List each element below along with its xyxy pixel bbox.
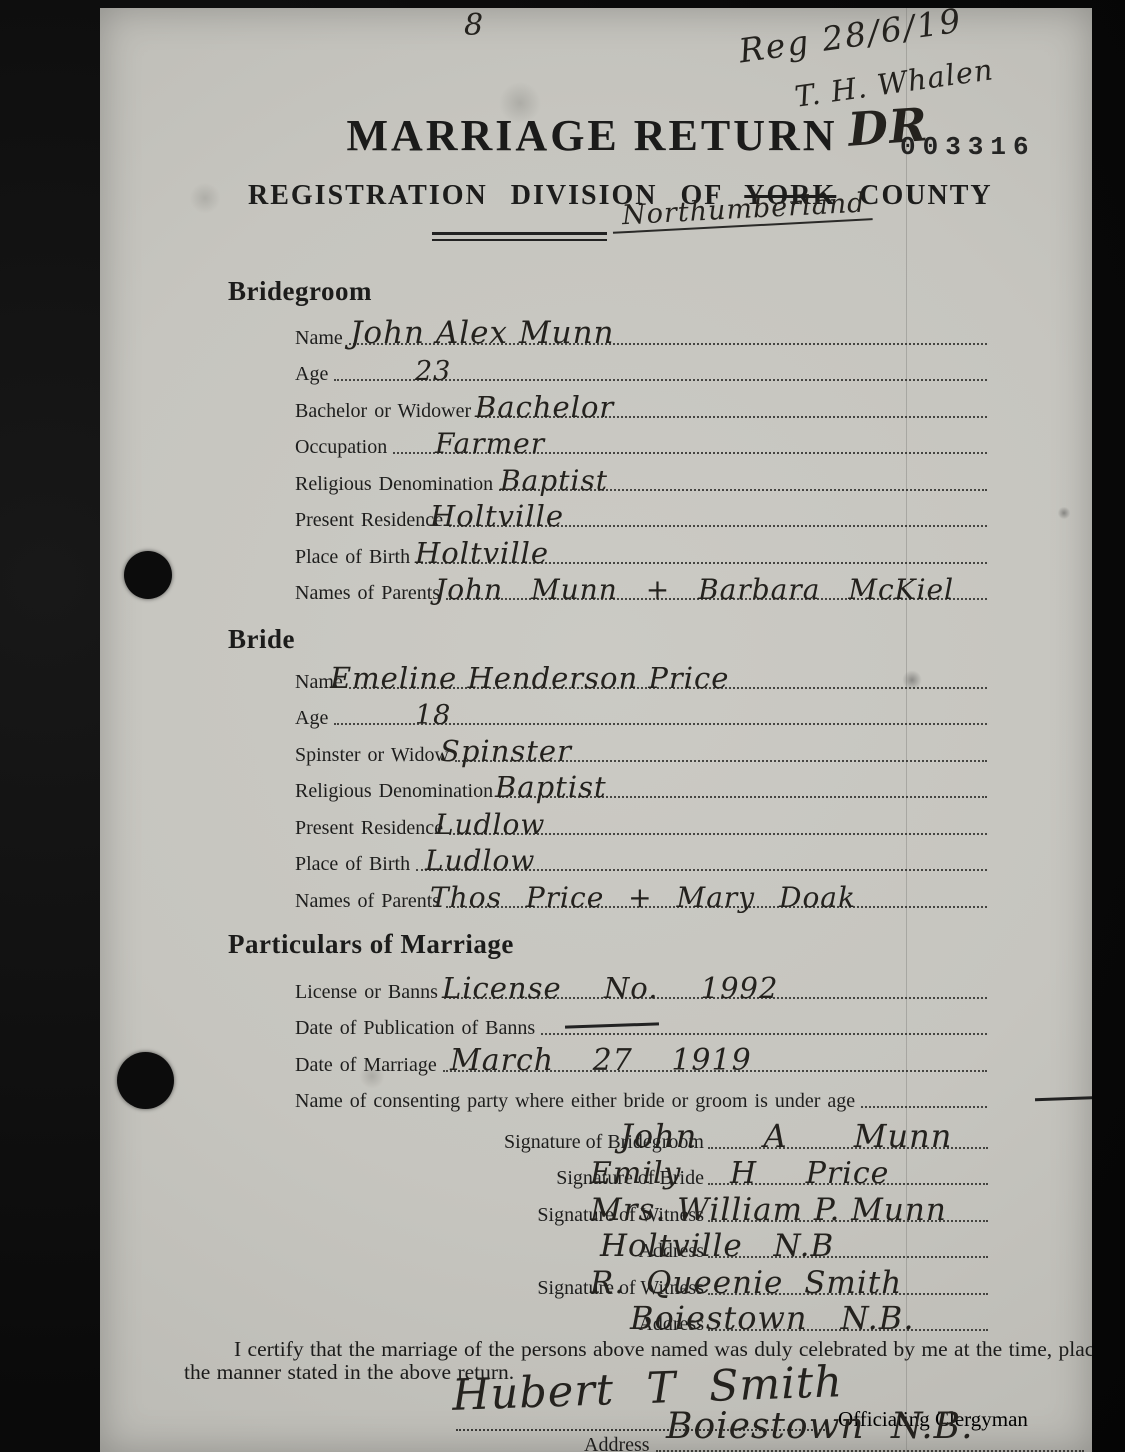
field-value: March 27 1919: [450, 1043, 752, 1078]
form-row-parents: Names of Parents John Munn + Barbara McK…: [295, 568, 987, 605]
form-row-witness-address-1: Address Holtville N.B: [460, 1226, 988, 1263]
field-value: Baptist: [495, 770, 607, 804]
field-value: Boiestown N.B.: [630, 1299, 914, 1337]
field-value: John A Munn: [620, 1117, 952, 1155]
form-row-religion: Religious Denomination Baptist: [295, 458, 987, 495]
field-label: Religious Denomination: [295, 473, 499, 495]
field-value: John Alex Munn: [350, 315, 615, 351]
serial-number-stamp: 003316: [900, 132, 1036, 162]
blank-dash: [1035, 1096, 1092, 1102]
form-row-spinster: Spinster or Widow Spinster: [295, 729, 987, 766]
particulars-fields: License or Banns License No. 1992 Date o…: [295, 966, 987, 1112]
form-row-signature-bride: Signature of Bride Emily H Price: [460, 1153, 988, 1190]
form-row-age: Age 18: [295, 693, 987, 730]
field-label: Date of Publication of Banns: [295, 1017, 541, 1039]
form-row-license: License or Banns License No. 1992: [295, 966, 987, 1003]
form-row-occupation: Occupation Farmer: [295, 422, 987, 459]
field-value: Emeline Henderson Price: [330, 661, 729, 695]
field-value: Holtville: [430, 499, 564, 533]
field-value: License No. 1992: [442, 971, 778, 1005]
dotted-line: [861, 1106, 987, 1108]
form-row-marriage-date: Date of Marriage March 27 1919: [295, 1039, 987, 1076]
form-row-parents: Names of Parents Thos Price + Mary Doak: [295, 875, 987, 912]
field-value: Farmer: [435, 427, 545, 460]
field-value: Thos Price + Mary Doak: [430, 881, 856, 914]
punch-hole-top: [124, 551, 172, 599]
field-label: Occupation: [295, 436, 393, 458]
field-label: Name: [295, 327, 349, 349]
field-label: Religious Denomination: [295, 780, 499, 802]
field-value: Ludlow: [425, 844, 535, 877]
field-label: Date of Marriage: [295, 1054, 443, 1076]
form-row-consenting-party: Name of consenting party where either br…: [295, 1076, 987, 1113]
bride-heading: Bride: [228, 624, 295, 655]
field-value: Emily H Price: [590, 1156, 889, 1191]
form-row-banns-date: Date of Publication of Banns: [295, 1003, 987, 1040]
field-label: Present Residence: [295, 817, 449, 839]
blank-dash: [565, 1022, 659, 1028]
field-value: Ludlow: [435, 808, 545, 841]
bride-fields: Name Emeline Henderson Price Age 18 Spin…: [295, 656, 987, 912]
form-row-birthplace: Place of Birth Holtville: [295, 531, 987, 568]
form-row-name: Name John Alex Munn: [295, 312, 987, 349]
document-title: MARRIAGE RETURN: [342, 110, 842, 161]
field-value: Holtville: [415, 536, 549, 570]
form-row-bachelor: Bachelor or Widower Bachelor: [295, 385, 987, 422]
form-row-religion: Religious Denomination Baptist: [295, 766, 987, 803]
field-label: Name of consenting party where either br…: [295, 1090, 861, 1112]
form-row-name: Name Emeline Henderson Price: [295, 656, 987, 693]
form-row-signature-witness-2: Signature of Witness R. Queenie Smith: [460, 1262, 988, 1299]
form-row-signature-witness-1: Signature of Witness Mrs. William P. Mun…: [460, 1189, 988, 1226]
field-label: Age: [295, 363, 334, 385]
double-rule: [432, 232, 607, 241]
field-value: John Munn + Barbara McKiel: [435, 573, 954, 606]
field-label: Place of Birth: [295, 853, 416, 875]
field-value: Mrs. William P. Munn: [590, 1192, 947, 1228]
marriage-return-document: 8 Reg 28/6/19 T. H. Whalen DR 003316 MAR…: [100, 8, 1092, 1452]
particulars-heading: Particulars of Marriage: [228, 929, 514, 960]
field-value: Holtville N.B: [600, 1228, 834, 1264]
field-label: Present Residence: [295, 509, 449, 531]
registration-suffix: COUNTY: [859, 180, 992, 211]
field-value: Baptist: [500, 464, 608, 497]
clergyman-address-row: Address: [584, 1434, 1084, 1452]
field-value: Spinster: [440, 734, 572, 768]
form-row-residence: Present Residence Ludlow: [295, 802, 987, 839]
form-row-birthplace: Place of Birth Ludlow: [295, 839, 987, 876]
bridegroom-heading: Bridegroom: [228, 276, 372, 307]
page-number-annotation: 8: [464, 8, 484, 43]
field-label: Age: [295, 707, 334, 729]
signature-fields: Signature of Bridegroom John A Munn Sign…: [460, 1116, 988, 1335]
field-label: License or Banns: [295, 981, 444, 1003]
bridegroom-fields: Name John Alex Munn Age 23 Bachelor or W…: [295, 312, 987, 604]
dotted-line: [541, 1033, 987, 1035]
field-value: Bachelor: [475, 390, 614, 424]
form-row-signature-bridegroom: Signature of Bridegroom John A Munn: [460, 1116, 988, 1153]
form-row-residence: Present Residence Holtville: [295, 495, 987, 532]
field-label: Address: [584, 1434, 656, 1452]
field-label: Spinster or Widow: [295, 744, 455, 766]
form-row-age: Age 23: [295, 349, 987, 386]
field-label: Names of Parents: [295, 582, 446, 604]
field-value: 23: [415, 356, 451, 387]
field-value: 18: [415, 700, 451, 731]
field-label: Place of Birth: [295, 546, 416, 568]
field-label: Names of Parents: [295, 890, 446, 912]
form-row-witness-address-2: Address Boiestown N.B.: [460, 1299, 988, 1336]
field-value: R. Queenie Smith: [590, 1265, 902, 1301]
field-label: Bachelor or Widower: [295, 400, 477, 422]
punch-hole-bottom: [117, 1052, 174, 1109]
